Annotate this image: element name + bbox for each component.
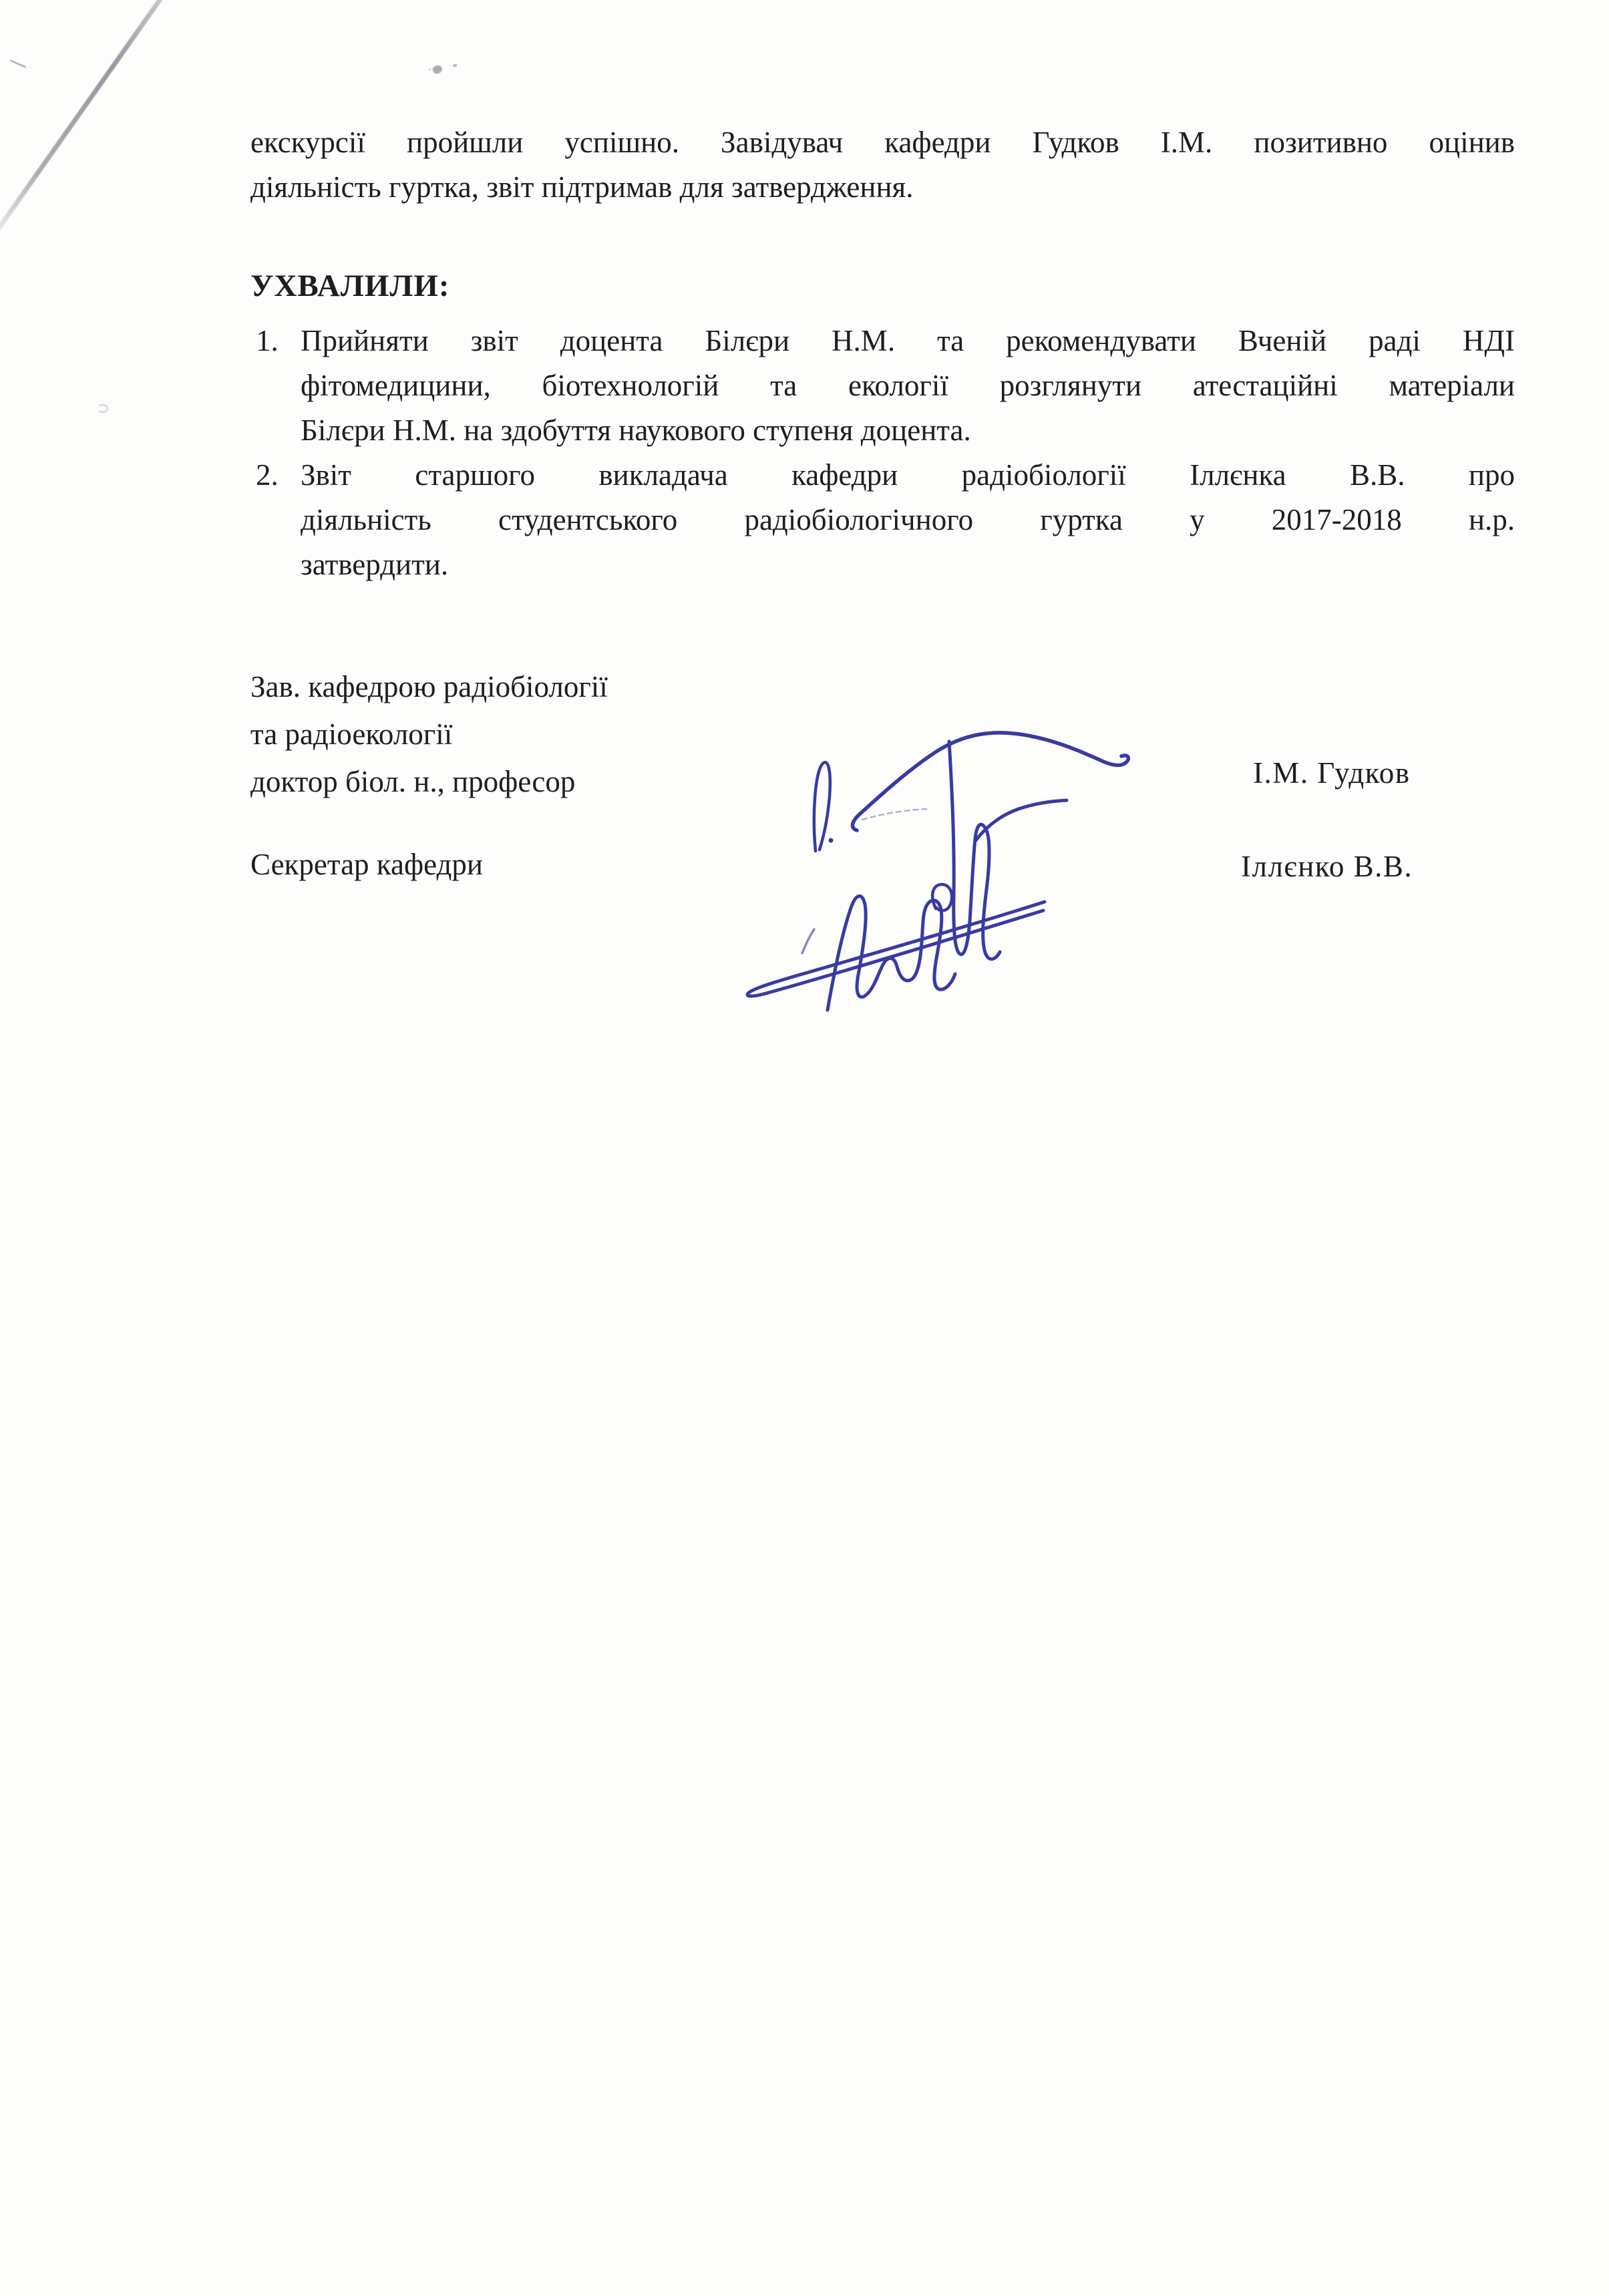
item-line: Звіт старшого викладача кафедри радіобіо… (301, 453, 1515, 498)
item-line: Прийняти звіт доцента Білєри Н.М. та рек… (301, 319, 1515, 363)
item-line: затвердити. (301, 542, 1515, 587)
intro-paragraph: екскурсії пройшли успішно. Завідувач каф… (250, 120, 1515, 210)
item-line: Білєри Н.М. на здобуття наукового ступен… (301, 408, 1515, 453)
head-name: І.М. Гудков (1253, 756, 1410, 790)
resolution-list: 1. Прийняти звіт доцента Білєри Н.М. та … (250, 319, 1515, 587)
secretary-signature (747, 884, 1045, 1010)
item-number: 2. (256, 453, 279, 498)
scan-scratch-mark (10, 59, 27, 68)
scan-speck (431, 63, 443, 75)
handwritten-signatures (721, 655, 1162, 1055)
secretary-name: Іллєнко В.В. (1241, 849, 1413, 884)
resolution-heading: УХВАЛИЛИ: (250, 268, 450, 304)
resolution-item-1: 1. Прийняти звіт доцента Білєри Н.М. та … (250, 319, 1515, 453)
item-line: фітомедицини, біотехнологій та екології … (301, 363, 1515, 408)
intro-line: діяльність гуртка, звіт підтримав для за… (250, 165, 1515, 210)
item-line: діяльність студентського радіобіологічно… (301, 498, 1515, 542)
document-page: екскурсії пройшли успішно. Завідувач каф… (0, 0, 1609, 2296)
scan-fold-line (0, 0, 165, 234)
resolution-item-2: 2. Звіт старшого викладача кафедри радіо… (250, 453, 1515, 587)
scan-speck (98, 404, 108, 413)
intro-line: екскурсії пройшли успішно. Завідувач каф… (250, 120, 1515, 165)
item-number: 1. (256, 319, 279, 363)
